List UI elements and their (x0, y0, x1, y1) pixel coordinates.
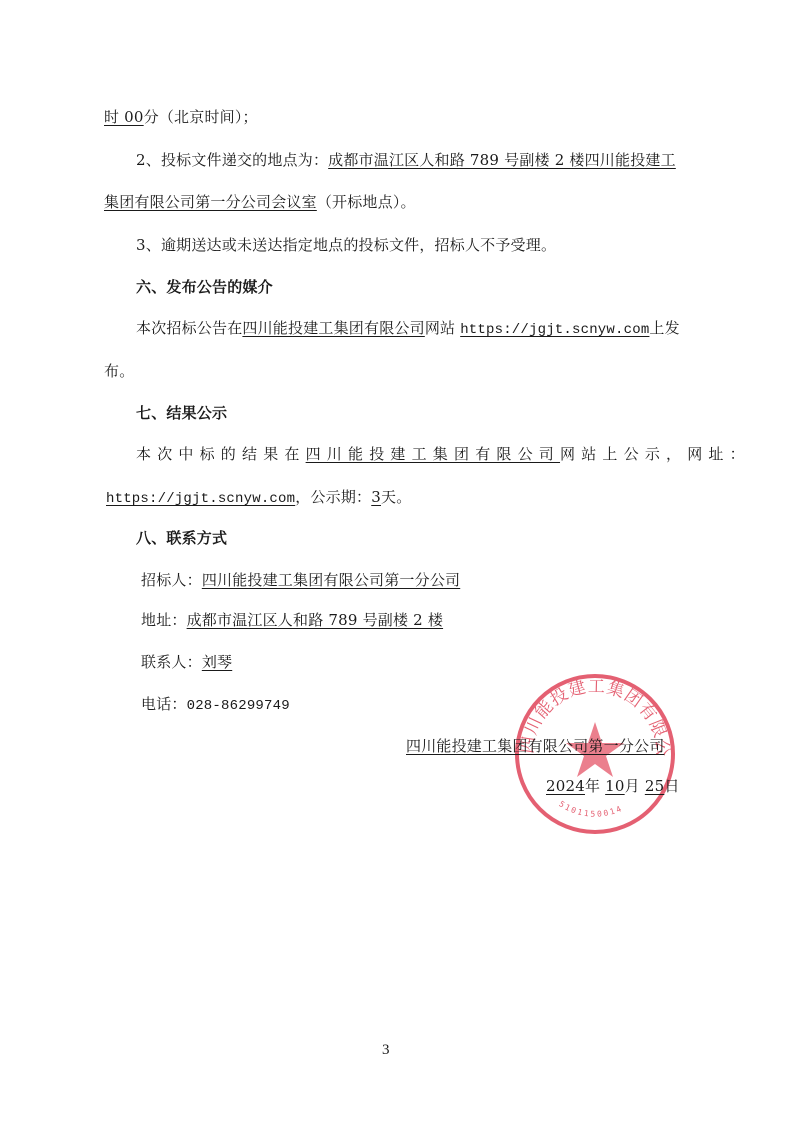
signature-company-name: 四川能投建工集团有限公司第一分公司 (406, 737, 664, 755)
address-label: 地址： (141, 611, 187, 629)
section7-text-line2: https://jgjt.scnyw.com，公示期：3天。 (106, 487, 411, 509)
tenderer-label: 招标人： (141, 571, 202, 589)
tenderer-line: 招标人：四川能投建工集团有限公司第一分公司 (141, 570, 460, 590)
contact-label: 联系人： (141, 653, 202, 671)
date-month: 10 (605, 777, 625, 795)
phone-label: 电话： (141, 695, 187, 713)
section7-company: 四川能投建工集团有限公司 (306, 445, 560, 463)
document-page: 时 00分（北京时间）； 2、投标文件递交的地点为：成都市温江区人和路 789 … (0, 0, 800, 1131)
signature-date: 2024年 10月 25日 (546, 776, 680, 796)
section7-text-line1: 本次中标的结果在四川能投建工集团有限公司网站上公示，网址： (136, 444, 751, 464)
item2-suffix: （开标地点）。 (317, 193, 416, 211)
item3-line: 3、逾期送达或未送达指定地点的投标文件，招标人不予受理。 (136, 235, 556, 255)
address-line: 地址：成都市温江区人和路 789 号副楼 2 楼 (141, 610, 443, 630)
section7-prefix: 本次中标的结果在 (136, 445, 306, 463)
signature-company: 四川能投建工集团有限公司第一分公司 (406, 736, 664, 756)
date-day: 25 (645, 777, 665, 795)
time-continuation-line: 时 00分（北京时间）； (104, 107, 258, 127)
section6-url-link[interactable]: https://jgjt.scnyw.com (460, 322, 649, 338)
item2-location-2: 集团有限公司第一分公司会议室 (104, 193, 317, 211)
seal-code: 5101150014 (557, 799, 624, 818)
section6-mid: 网站 (425, 319, 460, 337)
phone-value: 028-86299749 (187, 698, 290, 714)
section7-heading: 七、结果公示 (136, 403, 227, 423)
section7-period-value: 3 (371, 488, 381, 506)
section6-text-line2: 布。 (104, 361, 134, 381)
item2-location-1: 成都市温江区人和路 789 号副楼 2 楼四川能投建工 (328, 151, 676, 169)
contact-value: 刘琴 (202, 653, 232, 671)
section6-prefix: 本次招标公告在 (136, 319, 242, 337)
item2-line2: 集团有限公司第一分公司会议室（开标地点）。 (104, 192, 416, 212)
date-month-unit: 月 (625, 777, 640, 795)
tenderer-value: 四川能投建工集团有限公司第一分公司 (202, 571, 460, 589)
item2-line1: 2、投标文件递交的地点为：成都市温江区人和路 789 号副楼 2 楼四川能投建工 (136, 150, 676, 170)
item2-prefix: 2、投标文件递交的地点为： (136, 151, 328, 169)
section6-text-line1: 本次招标公告在四川能投建工集团有限公司网站 https://jgjt.scnyw… (136, 318, 680, 340)
time-rest: 分（北京时间）； (144, 108, 258, 126)
date-year-unit: 年 (585, 777, 600, 795)
item3-text: 3、逾期送达或未送达指定地点的投标文件，招标人不予受理。 (136, 236, 556, 254)
section7-suffix: 网站上公示，网址： (560, 445, 751, 463)
section6-company: 四川能投建工集团有限公司 (242, 319, 424, 337)
date-day-unit: 日 (664, 777, 679, 795)
address-value: 成都市温江区人和路 789 号副楼 2 楼 (187, 611, 443, 629)
section6-suffix: 上发 (649, 319, 679, 337)
phone-line: 电话：028-86299749 (141, 694, 290, 716)
section7-period-label: ，公示期： (295, 488, 371, 506)
contact-line: 联系人：刘琴 (141, 652, 232, 672)
svg-text:5101150014: 5101150014 (557, 799, 624, 818)
section8-heading: 八、联系方式 (136, 528, 227, 548)
section6-heading: 六、发布公告的媒介 (136, 277, 273, 297)
section7-period-unit: 天。 (381, 488, 411, 506)
time-underlined: 时 00 (104, 108, 144, 126)
page-number: 3 (382, 1042, 390, 1059)
section7-url-link[interactable]: https://jgjt.scnyw.com (106, 491, 295, 507)
date-year: 2024 (546, 777, 585, 795)
